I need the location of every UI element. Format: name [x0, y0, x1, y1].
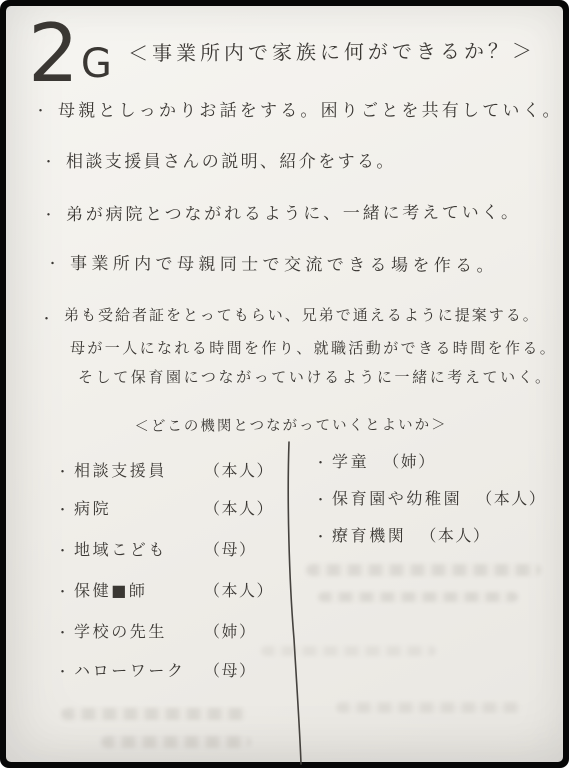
bullet-dot: ・ — [42, 147, 66, 170]
person-label: （姉） — [383, 449, 436, 472]
organization-name: 学童 — [332, 449, 369, 472]
page-title: ＜事業所内で家族に何ができるか？＞ — [128, 35, 536, 67]
bullet-dot: ・ — [56, 538, 74, 559]
organization-item: ・ 学校の先生 （姉） — [56, 619, 306, 642]
bullet-dot: ・ — [56, 620, 74, 641]
note-line: ・ 弟も受給者証をとってもらい、兄弟で通えるように提案する。 — [40, 304, 540, 327]
column-divider-line — [282, 439, 308, 767]
person-label: （母） — [204, 658, 257, 681]
bullet-dot: ・ — [56, 497, 74, 518]
note-text: 事業所内で母親同士で交流できる場を作る。 — [70, 249, 498, 276]
bullet-dot: ・ — [42, 200, 66, 223]
person-label: （本人） — [476, 486, 546, 509]
ink-bleed-through — [306, 564, 541, 576]
person-label: （本人） — [204, 496, 274, 519]
person-label: （本人） — [204, 578, 274, 601]
organization-name: 学校の先生 — [74, 619, 167, 642]
organization-item: ・ 保育園や幼稚園 （本人） — [314, 486, 546, 509]
note-line: ・ 事業所内で母親同士で交流できる場を作る。 — [46, 249, 498, 276]
photo-frame: 2 G ＜事業所内で家族に何ができるか？＞ ・ 母親としっかりお話をする。困りご… — [0, 0, 569, 768]
organization-name: 相談支援員 — [74, 458, 167, 481]
organization-item: ・ ハローワーク （母） — [56, 658, 306, 681]
note-text: 母親としっかりお話をする。困りごとを共有していく。 — [58, 96, 563, 121]
note-text: 弟も受給者証をとってもらい、兄弟で通えるように提案する。 — [64, 304, 540, 325]
bullet-dot: ・ — [56, 459, 74, 480]
organization-name: 保育園や幼稚園 — [332, 486, 462, 509]
organization-item: ・ 病院 （本人） — [56, 496, 306, 519]
organization-item: ・ 療育機関 （本人） — [314, 523, 490, 546]
organization-item: ・ 地域こども （母） — [56, 537, 306, 560]
bullet-dot: ・ — [56, 579, 74, 600]
ink-bleed-through — [261, 646, 436, 656]
group-label-letter: G — [81, 44, 112, 84]
note-line: ・ 弟が病院とつながれるように、一緒に考えていく。 — [42, 198, 521, 226]
organization-name: 地域こども — [74, 537, 167, 560]
note-continuation-line: そして保育園につながっていけるように一緒に考えていく。 — [78, 366, 553, 387]
organization-name: 療育機関 — [332, 523, 406, 546]
bullet-dot: ・ — [46, 249, 70, 272]
ink-bleed-through — [336, 702, 521, 713]
note-line: ・ 母親としっかりお話をする。困りごとを共有していく。 — [34, 96, 563, 121]
group-label-number: 2 — [28, 16, 79, 92]
note-text: 相談支援員さんの説明、紹介をする。 — [66, 147, 396, 172]
bullet-dot: ・ — [314, 524, 332, 545]
ink-bleed-through — [101, 736, 251, 748]
group-label: 2 G — [28, 16, 112, 92]
person-label: （母） — [204, 537, 257, 560]
note-line: ・ 相談支援員さんの説明、紹介をする。 — [42, 147, 396, 172]
ink-bleed-through — [318, 592, 518, 602]
organization-name: 病院 — [74, 496, 111, 519]
note-text: 弟が病院とつながれるように、一緒に考えていく。 — [66, 198, 521, 225]
bullet-dot: ・ — [34, 96, 58, 119]
bullet-dot: ・ — [56, 659, 74, 680]
section-title: ＜どこの機関とつながっていくとよいか＞ — [41, 413, 541, 437]
person-label: （本人） — [204, 458, 274, 481]
person-label: （本人） — [420, 523, 490, 546]
organization-item: ・ 保健■師 （本人） — [56, 578, 306, 601]
bullet-dot: ・ — [314, 450, 332, 471]
person-label: （姉） — [204, 619, 257, 642]
organization-item: ・ 学童 （姉） — [314, 449, 436, 472]
organization-name: 保健■師 — [74, 578, 148, 601]
bullet-dot: ・ — [314, 487, 332, 508]
ink-bleed-through — [61, 708, 246, 720]
paper-sheet: 2 G ＜事業所内で家族に何ができるか？＞ ・ 母親としっかりお話をする。困りご… — [6, 6, 563, 762]
bullet-dot: ・ — [40, 304, 64, 327]
organization-item: ・ 相談支援員 （本人） — [56, 458, 306, 481]
organization-name: ハローワーク — [74, 658, 186, 681]
note-continuation-line: 母が一人になれる時間を作り、就職活動ができる時間を作る。 — [70, 337, 557, 358]
